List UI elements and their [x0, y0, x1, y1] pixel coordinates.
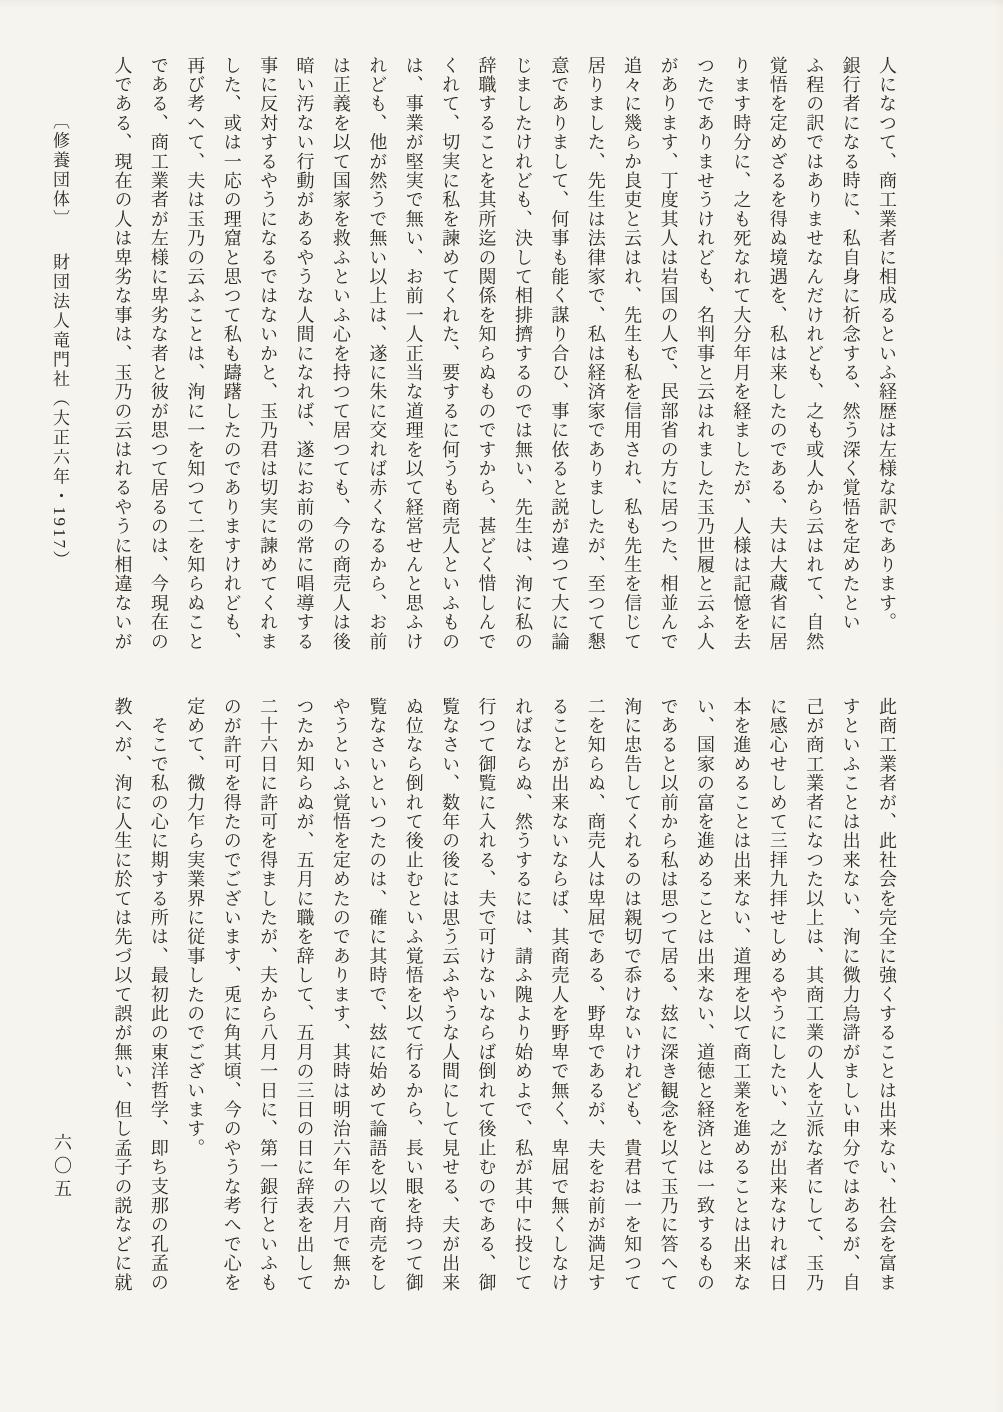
text-column: れども、他が然うで無い以上は、遂に朱に交れば赤くなるから、お前: [359, 56, 395, 678]
text-column: い、国家の富を進めることは出来ない、道徳と経済とは一致するもの: [687, 697, 723, 1319]
text-column: 覧なさいといつたのは、確に其時で、玆に始めて論語を以て商売をし: [359, 697, 395, 1319]
text-column: すといふことは出来ない、洵に微力烏滸がましい申分ではあるが、自: [832, 697, 868, 1319]
text-column: であると以前から私は思つて居る、玆に深き観念を以て玉乃に答へて: [650, 697, 686, 1319]
text-column: は、事業が堅実で無い、お前一人正当な道理を以て経営せんと思ふけ: [395, 56, 431, 678]
text-column: 追々に幾らか良吏と云はれ、先生も私を信用され、私も先生を信じて: [614, 56, 650, 678]
text-column: 人になつて、商工業者に相成るといふ経歴は左様な訳であります。: [869, 56, 905, 678]
upper-text-block: 人になつて、商工業者に相成るといふ経歴は左様な訳であります。 銀行者になる時に、…: [103, 56, 905, 678]
text-column: 洵に忠告してくれるのは親切で忝けないけれども、貴君は一を知つて: [614, 697, 650, 1319]
text-column: 定めて、微力乍ら実業界に従事したのでございます。: [177, 697, 213, 1319]
text-column: 再び考へて、夫は玉乃の云ふことは、洵に一を知つて二を知らぬこと: [177, 56, 213, 678]
text-column: ることが出来ないならば、其商売人を野卑で無く、卑屈で無くしなけ: [541, 697, 577, 1319]
text-column: 事に反対するやうになるではないかと、玉乃君は切実に諫めてくれま: [250, 56, 286, 678]
text-column: 覚悟を定めざるを得ぬ境遇を、私は来したのである、夫は大蔵省に居: [759, 56, 795, 678]
text-column: 本を進めることは出来ない、道理を以て商工業を進めることは出来な: [723, 697, 759, 1319]
text-column: に感心せしめて三拝九拝せしめるやうにしたい、之が出来なければ日: [759, 697, 795, 1319]
text-column: やうといふ覚悟を定めたのであります、其時は明治六年の六月で無か: [323, 697, 359, 1319]
text-column: のが許可を得たのでございます、兎に角其頃、今のやうな考へで心を: [213, 697, 249, 1319]
text-column: 此商工業者が、此社会を完全に強くすることは出来ない、社会を富ま: [869, 697, 905, 1319]
text-column: 意でありまして、何事も能く謀り合ひ、事に依ると説が違つて大に論: [541, 56, 577, 678]
text-column: じましたけれども、決して相排擠するのでは無い、先生は、洵に私の: [505, 56, 541, 678]
text-column: 辞職することを其所迄の関係を知らぬものですから、甚どく惜しんで: [468, 56, 504, 678]
text-column: 教へが、洵に人生に於ては先づ以て誤が無い、但し孟子の説などに就: [104, 697, 140, 1319]
text-column: 二を知らぬ、商売人は卑屈である、野卑であるが、夫をお前が満足す: [577, 697, 613, 1319]
text-column: くれて、切実に私を諫めてくれた、要するに何うも商売人といふもの: [432, 56, 468, 678]
text-column: 暗い汚ない行動があるやうな人間になれば、遂にお前の常に唱導する: [286, 56, 322, 678]
text-column: ふ程の訳ではありませなんだけれども、之も或人から云はれて、自然: [796, 56, 832, 678]
text-column: つたでありませうけれども、名判事と云はれました玉乃世履と云ふ人: [687, 56, 723, 678]
running-head-title: 財団法人竜門社（大正六年・1917）: [50, 253, 69, 570]
lower-text-block: 此商工業者が、此社会を完全に強くすることは出来ない、社会を富ま すといふことは出…: [103, 697, 905, 1319]
text-column: ります時分に、之も死なれて大分年月を経ましたが、人様は記憶を去: [723, 56, 759, 678]
running-head: 〔修養団体〕財団法人竜門社（大正六年・1917）: [44, 112, 74, 592]
text-column: 二十六日に許可を得ましたが、夫から八月一日に、第一銀行といふも: [250, 697, 286, 1319]
text-column: 居りました、先生は法律家で、私は経済家でありましたが、至つて懇: [577, 56, 613, 678]
text-column: した、或は一応の理窟と思つて私も躊躇したのでありますけれども、: [213, 56, 249, 678]
text-column: つたか知らぬが、五月に職を辞して、五月の三日の日に辞表を出して: [286, 697, 322, 1319]
text-column: があります、丁度其人は岩国の人で、民部省の方に居つた、相並んで: [650, 56, 686, 678]
scanned-book-page: { "colors":{"paper":"#f6f4ee","ink":"#2a…: [0, 0, 1003, 1412]
running-head-gap: [59, 229, 60, 253]
text-column: ればならぬ、然うするには、請ふ隗より始めよで、私が其中に投じて: [505, 697, 541, 1319]
text-column: は正義を以て国家を救ふといふ心を持つて居つても、今の商売人は後: [323, 56, 359, 678]
text-column: 行つて御覧に入れる、夫で可けないならば倒れて後止むのである、御: [468, 697, 504, 1319]
running-head-category: 〔修養団体〕: [50, 112, 69, 229]
text-column: 銀行者になる時に、私自身に祈念する、然う深く覚悟を定めたとい: [832, 56, 868, 678]
text-column: 己が商工業者になつた以上は、其商工業の人を立派な者にして、玉乃: [796, 697, 832, 1319]
text-column: である、商工業者が左様に卑劣な者と彼が思つて居るのは、今現在の: [140, 56, 176, 678]
text-column: ぬ位なら倒れて後止むといふ覚悟を以て行るから、長い眼を持つて御: [395, 697, 431, 1319]
text-column: そこで私の心に期する所は、最初此の東洋哲学、即ち支那の孔孟の: [140, 697, 176, 1319]
text-column: 覧なさい、数年の後には思う云ふやうな人間にして見せる、夫が出来: [432, 697, 468, 1319]
text-column: 人である、現在の人は卑劣な事は、玉乃の云はれるやうに相違ないが: [104, 56, 140, 678]
page-number: 六〇五: [47, 1133, 77, 1202]
